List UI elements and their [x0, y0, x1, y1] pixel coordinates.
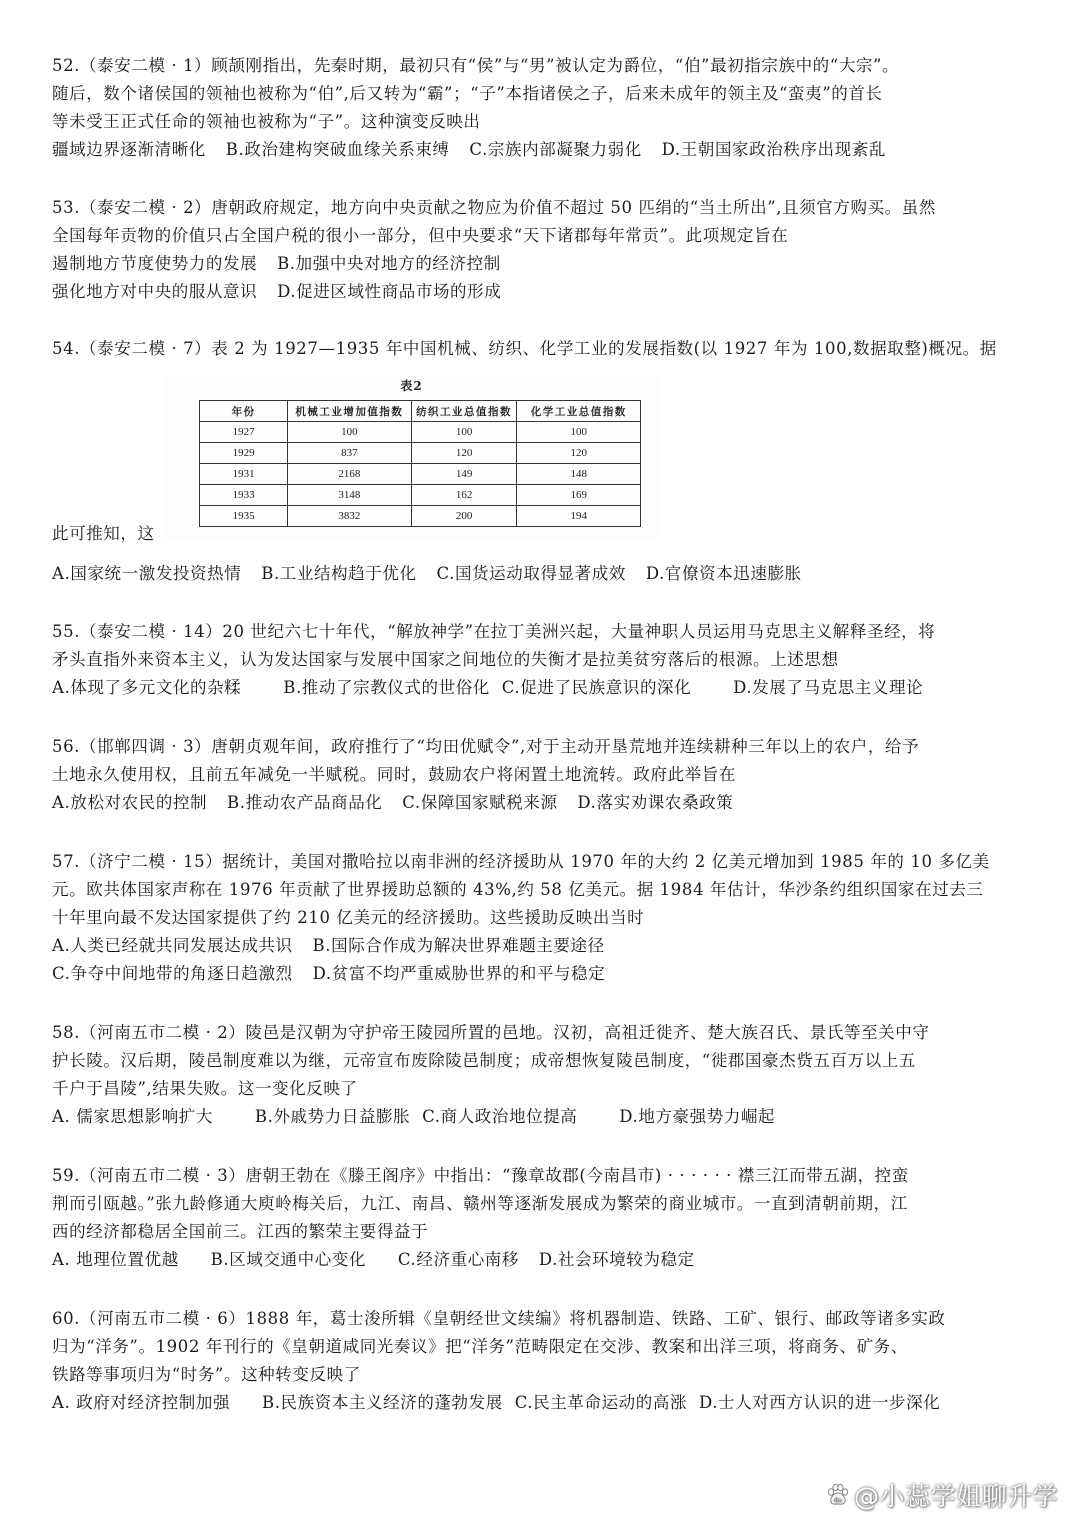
exam-page: 52.（泰安二模 · 1）顾颉刚指出，先秦时期，最初只有“侯”与“男”被认定为爵… [52, 52, 1037, 363]
question-stem-line: 十年里向最不发达国家提供了约 210 亿美元的经济援助。这些援助反映出当时 [52, 904, 1037, 932]
question-52: 52.（泰安二模 · 1）顾颉刚指出，先秦时期，最初只有“侯”与“男”被认定为爵… [52, 52, 1037, 164]
question-54-continued: 此可推知，这 [52, 520, 155, 548]
option-b: B.加强中央对地方的经济控制 [277, 254, 501, 273]
table-row: 1927 100 100 100 [200, 422, 641, 443]
cell-textile: 200 [411, 506, 517, 527]
header-year: 年份 [200, 401, 288, 422]
option-a: A. 政府对经济控制加强 [52, 1393, 230, 1412]
question-60: 60.（河南五市二模 · 6）1888 年，葛士浚所辑《皇朝经世文续编》将机器制… [52, 1305, 1037, 1417]
question-stem-line: 西的经济都稳居全国前三。江西的繁荣主要得益于 [52, 1218, 1037, 1246]
table-row: 1933 3148 162 169 [200, 485, 641, 506]
question-stem-line: 56.（邯郸四调 · 3）唐朝贞观年间，政府推行了“均田优赋令”,对于主动开垦荒… [52, 733, 1037, 761]
table-row: 1931 2168 149 148 [200, 464, 641, 485]
question-stem-line: 57.（济宁二模 · 15）据统计，美国对撒哈拉以南非洲的经济援助从 1970 … [52, 848, 1037, 876]
cell-textile: 149 [411, 464, 517, 485]
option-d: D.贫富不均严重威胁世界的和平与稳定 [313, 964, 606, 983]
options-row: C.争夺中间地带的角逐日趋激烈 D.贫富不均严重威胁世界的和平与稳定 [52, 960, 1037, 988]
cell-chemical: 169 [517, 485, 641, 506]
option-b: B.工业结构趋于优化 [261, 564, 416, 583]
cell-machinery: 837 [288, 443, 411, 464]
question-stem-line: 60.（河南五市二模 · 6）1888 年，葛士浚所辑《皇朝经世文续编》将机器制… [52, 1305, 1037, 1333]
table-title: 表2 [163, 377, 660, 394]
baidu-paw-icon: du [826, 1483, 850, 1507]
question-stem-line: 土地永久使用权，且前五年减免一半赋税。同时，鼓励农户将闲置土地流转。政府此举旨在 [52, 761, 1037, 789]
option-d: D.官僚资本迅速膨胀 [646, 564, 802, 583]
question-stem-line: 护长陵。汉后期，陵邑制度难以为继，元帝宣布废除陵邑制度；成帝想恢复陵邑制度，“徙… [52, 1047, 1037, 1075]
option-b: B.政治建构突破血缘关系束缚 [226, 140, 450, 159]
option-c: C.保障国家赋税来源 [402, 793, 557, 812]
question-stem-line: 千户于昌陵”,结果失败。这一变化反映了 [52, 1075, 1037, 1103]
question-stem-line: 随后，数个诸侯国的领袖也被称为“伯”,后又转为“霸”；“子”本指诸侯之子，后来未… [52, 80, 1037, 108]
options-row: 强化地方对中央的服从意识 D.促进区域性商品市场的形成 [52, 278, 1037, 306]
cell-textile: 162 [411, 485, 517, 506]
question-stem-line: 52.（泰安二模 · 1）顾颉刚指出，先秦时期，最初只有“侯”与“男”被认定为爵… [52, 52, 1037, 80]
question-stem-line: 归为“洋务”。1902 年刊行的《皇朝道咸同光奏议》把“洋务”范畴限定在交涉、教… [52, 1333, 1037, 1361]
cell-textile: 100 [411, 422, 517, 443]
question-stem-line: 矛头直指外来资本主义，认为发达国家与发展中国家之间地位的失衡才是拉美贫穷落后的根… [52, 646, 1037, 674]
question-stem-line: 荆而引瓯越。”张九龄修通大庾岭梅关后，九江、南昌、赣州等逐渐发展成为繁荣的商业城… [52, 1190, 1037, 1218]
cell-chemical: 120 [517, 443, 641, 464]
header-chemical: 化学工业总值指数 [517, 401, 641, 422]
option-a: A.国家统一激发投资热情 [52, 564, 241, 583]
option-c: C.民主革命运动的高涨 [515, 1393, 687, 1412]
question-stem-line: 等未受王正式任命的领袖也被称为“子”。这种演变反映出 [52, 108, 1037, 136]
option-b: B.民族资本主义经济的蓬勃发展 [262, 1393, 503, 1412]
header-machinery: 机械工业增加值指数 [288, 401, 411, 422]
cell-machinery: 3832 [288, 506, 411, 527]
question-stem-line: 全国每年贡物的价值只占全国户税的很小一部分，但中央要求“天下诸郡每年常贡”。此项… [52, 222, 1037, 250]
option-c: C.争夺中间地带的角逐日趋激烈 [52, 964, 293, 983]
table-2-figure: 表2 年份 机械工业增加值指数 纺织工业总值指数 化学工业总值指数 1927 1… [163, 375, 660, 540]
question-54: 54.（泰安二模 · 7）表 2 为 1927—1935 年中国机械、纺织、化学… [52, 335, 1037, 363]
question-stem-tail: 此可推知，这 [52, 520, 155, 548]
options-row: A. 政府对经济控制加强 B.民族资本主义经济的蓬勃发展 C.民主革命运动的高涨… [52, 1389, 1037, 1417]
options-row: A.体现了多元文化的杂糅 B.推动了宗教仪式的世俗化 C.促进了民族意识的深化 … [52, 674, 1037, 702]
cell-chemical: 100 [517, 422, 641, 443]
option-c: C.商人政治地位提高 [422, 1107, 577, 1126]
option-b: B.区域交通中心变化 [211, 1250, 366, 1269]
option-d: D.落实劝课农桑政策 [577, 793, 733, 812]
option-a: 遏制地方节度使势力的发展 [52, 254, 257, 273]
svg-text:du: du [834, 1497, 843, 1504]
cell-chemical: 148 [517, 464, 641, 485]
question-55: 55.（泰安二模 · 14）20 世纪六七十年代，“解放神学”在拉丁美洲兴起，大… [52, 618, 1037, 702]
cell-chemical: 194 [517, 506, 641, 527]
table-header-row: 年份 机械工业增加值指数 纺织工业总值指数 化学工业总值指数 [200, 401, 641, 422]
question-stem-line: 54.（泰安二模 · 7）表 2 为 1927—1935 年中国机械、纺织、化学… [52, 335, 1037, 363]
option-a: A.放松对农民的控制 [52, 793, 207, 812]
watermark-text: @小蕊学姐聊升学 [854, 1477, 1058, 1513]
options-row: A.国家统一激发投资热情 B.工业结构趋于优化 C.国货运动取得显著成效 D.官… [52, 560, 1037, 588]
question-53: 53.（泰安二模 · 2）唐朝政府规定，地方向中央贡献之物应为价值不超过 50 … [52, 194, 1037, 306]
option-d: D.发展了马克思主义理论 [733, 678, 923, 697]
question-57: 57.（济宁二模 · 15）据统计，美国对撒哈拉以南非洲的经济援助从 1970 … [52, 848, 1037, 988]
cell-year: 1927 [200, 422, 288, 443]
industry-index-table: 年份 机械工业增加值指数 纺织工业总值指数 化学工业总值指数 1927 100 … [199, 400, 641, 527]
cell-textile: 120 [411, 443, 517, 464]
question-stem-line: 58.（河南五市二模 · 2）陵邑是汉朝为守护帝王陵园所置的邑地。汉初，高祖迁徙… [52, 1019, 1037, 1047]
option-d: D.王朝国家政治秩序出现紊乱 [662, 140, 886, 159]
option-c: C.经济重心南移 [398, 1250, 519, 1269]
option-b: B.国际合作成为解决世界难题主要途径 [313, 936, 605, 955]
option-d: D.士人对西方认识的进一步深化 [699, 1393, 940, 1412]
table-row: 1935 3832 200 194 [200, 506, 641, 527]
header-textile: 纺织工业总值指数 [411, 401, 517, 422]
question-stem-line: 元。欧共体国家声称在 1976 年贡献了世界援助总额的 43%,约 58 亿美元… [52, 876, 1037, 904]
watermark: du @小蕊学姐聊升学 [826, 1477, 1058, 1513]
options-row: A. 儒家思想影响扩大 B.外戚势力日益膨胀 C.商人政治地位提高 D.地方豪强… [52, 1103, 1037, 1131]
options-row: 疆域边界逐渐清晰化 B.政治建构突破血缘关系束缚 C.宗族内部凝聚力弱化 D.王… [52, 136, 1037, 164]
option-a: A.体现了多元文化的杂糅 [52, 678, 241, 697]
option-b: B.推动了宗教仪式的世俗化 [283, 678, 490, 697]
options-row: 遏制地方节度使势力的发展 B.加强中央对地方的经济控制 [52, 250, 1037, 278]
question-stem-line: 55.（泰安二模 · 14）20 世纪六七十年代，“解放神学”在拉丁美洲兴起，大… [52, 618, 1037, 646]
option-d: D.社会环境较为稳定 [539, 1250, 695, 1269]
question-59: 59.（河南五市二模 · 3）唐朝王勃在《滕王阁序》中指出：“豫章故郡(今南昌市… [52, 1162, 1037, 1274]
question-58: 58.（河南五市二模 · 2）陵邑是汉朝为守护帝王陵园所置的邑地。汉初，高祖迁徙… [52, 1019, 1037, 1131]
cell-year: 1935 [200, 506, 288, 527]
question-stem-line: 53.（泰安二模 · 2）唐朝政府规定，地方向中央贡献之物应为价值不超过 50 … [52, 194, 1037, 222]
question-stem-line: 59.（河南五市二模 · 3）唐朝王勃在《滕王阁序》中指出：“豫章故郡(今南昌市… [52, 1162, 1037, 1190]
cell-machinery: 100 [288, 422, 411, 443]
options-row: A.人类已经就共同发展达成共识 B.国际合作成为解决世界难题主要途径 [52, 932, 1037, 960]
option-d: D.促进区域性商品市场的形成 [277, 282, 501, 301]
option-b: B.外戚势力日益膨胀 [255, 1107, 410, 1126]
option-a: A. 地理位置优越 [52, 1250, 179, 1269]
option-b: B.推动农产品商品化 [227, 793, 382, 812]
table-row: 1929 837 120 120 [200, 443, 641, 464]
cell-year: 1929 [200, 443, 288, 464]
option-a: A.人类已经就共同发展达成共识 [52, 936, 293, 955]
question-stem-line: 铁路等事项归为“时务”。这种转变反映了 [52, 1361, 1037, 1389]
question-56: 56.（邯郸四调 · 3）唐朝贞观年间，政府推行了“均田优赋令”,对于主动开垦荒… [52, 733, 1037, 817]
option-a: A. 儒家思想影响扩大 [52, 1107, 213, 1126]
option-a: 疆域边界逐渐清晰化 [52, 140, 206, 159]
option-c: 强化地方对中央的服从意识 [52, 282, 257, 301]
cell-machinery: 3148 [288, 485, 411, 506]
option-c: C.宗族内部凝聚力弱化 [469, 140, 641, 159]
cell-year: 1931 [200, 464, 288, 485]
options-row: A. 地理位置优越 B.区域交通中心变化 C.经济重心南移 D.社会环境较为稳定 [52, 1246, 1037, 1274]
cell-year: 1933 [200, 485, 288, 506]
option-c: C.促进了民族意识的深化 [502, 678, 691, 697]
cell-machinery: 2168 [288, 464, 411, 485]
option-d: D.地方豪强势力崛起 [619, 1107, 775, 1126]
exam-page-continued: A.国家统一激发投资热情 B.工业结构趋于优化 C.国货运动取得显著成效 D.官… [52, 560, 1037, 1417]
options-row: A.放松对农民的控制 B.推动农产品商品化 C.保障国家赋税来源 D.落实劝课农… [52, 789, 1037, 817]
option-c: C.国货运动取得显著成效 [436, 564, 625, 583]
